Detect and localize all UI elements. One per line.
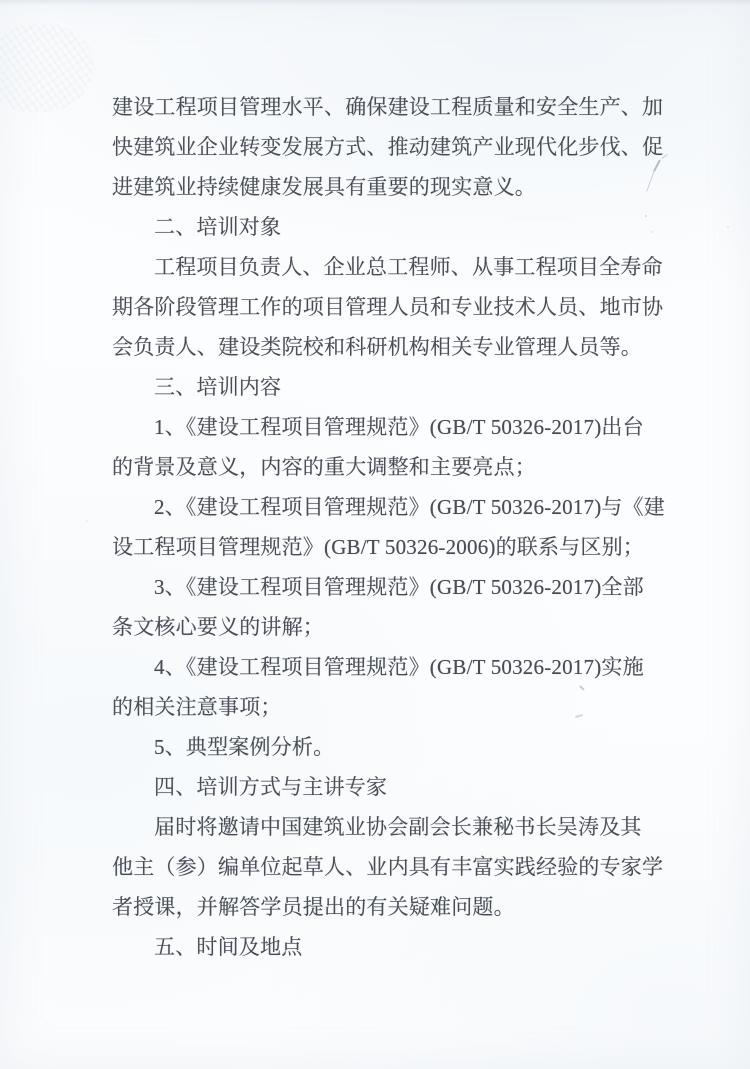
- scanned-document-page: 建设工程项目管理水平、确保建设工程质量和安全生产、加 快建筑业企业转变发展方式、…: [0, 0, 750, 1069]
- list-item-2: 2、《建设工程项目管理规范》(GB/T 50326-2017)与《建: [112, 487, 664, 527]
- heading-training-method: 四、培训方式与主讲专家: [112, 767, 664, 807]
- list-item-1: 1、《建设工程项目管理规范》(GB/T 50326-2017)出台: [112, 407, 664, 447]
- list-item-4: 4、《建设工程项目管理规范》(GB/T 50326-2017)实施: [112, 647, 664, 687]
- text-line: 的背景及意义，内容的重大调整和主要亮点；: [112, 447, 664, 487]
- text-line: 会负责人、建设类院校和科研机构相关专业管理人员等。: [112, 327, 664, 367]
- text-line: 届时将邀请中国建筑业协会副会长兼秘书长吴涛及其: [112, 807, 664, 847]
- text-line: 建设工程项目管理水平、确保建设工程质量和安全生产、加: [112, 87, 664, 127]
- text-line: 快建筑业企业转变发展方式、推动建筑产业现代化步伐、促: [112, 127, 664, 167]
- text-line: 进建筑业持续健康发展具有重要的现实意义。: [112, 167, 664, 207]
- text-line: 工程项目负责人、企业总工程师、从事工程项目全寿命: [112, 247, 664, 287]
- scan-edge-shadow: [0, 0, 750, 6]
- text-line: 他主（参）编单位起草人、业内具有丰富实践经验的专家学: [112, 847, 664, 887]
- scan-crease-artifact: [0, 24, 94, 112]
- text-line: 设工程项目管理规范》(GB/T 50326-2006)的联系与区别；: [112, 527, 664, 567]
- heading-training-targets: 二、培训对象: [112, 207, 664, 247]
- list-item-5: 5、典型案例分析。: [112, 727, 664, 767]
- scan-dust-speck: [727, 226, 729, 228]
- text-line: 者授课，并解答学员提出的有关疑难问题。: [112, 887, 664, 927]
- heading-training-content: 三、培训内容: [112, 367, 664, 407]
- scan-dust-speck: [86, 520, 88, 522]
- heading-time-location: 五、时间及地点: [112, 927, 664, 967]
- list-item-3: 3、《建设工程项目管理规范》(GB/T 50326-2017)全部: [112, 567, 664, 607]
- text-line: 条文核心要义的讲解；: [112, 607, 664, 647]
- text-line: 期各阶段管理工作的项目管理人员和专业技术人员、地市协: [112, 287, 664, 327]
- document-text: 建设工程项目管理水平、确保建设工程质量和安全生产、加 快建筑业企业转变发展方式、…: [112, 87, 664, 967]
- text-line: 的相关注意事项；: [112, 687, 664, 727]
